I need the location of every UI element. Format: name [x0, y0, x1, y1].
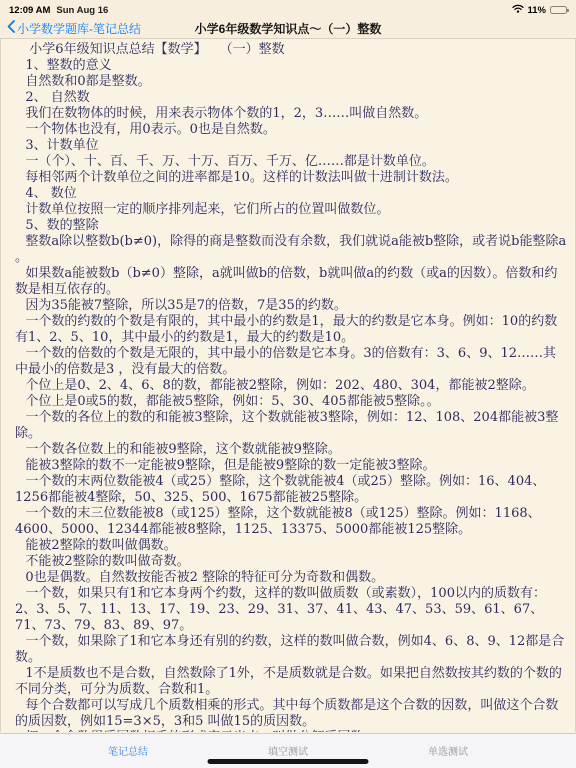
status-right: 11%: [512, 4, 568, 16]
content-paragraph: 能被2整除的数叫做偶数。: [15, 538, 567, 554]
status-time: 12:09 AM: [9, 5, 50, 16]
content-paragraph: 一个数的倍数的个数是无限的，其中最小的倍数是它本身。3的倍数有：3、6、9、12…: [15, 346, 567, 378]
status-date: Sun Aug 16: [56, 5, 108, 16]
tab-bar-tabs: 笔记总结填空测试单选测试: [0, 734, 576, 758]
back-button[interactable]: 小学数学题库-笔记总结: [7, 20, 141, 37]
content-paragraph: 1、整数的意义: [15, 58, 567, 74]
battery-icon: [550, 6, 567, 14]
back-button-label: 小学数学题库-笔记总结: [17, 20, 141, 37]
content-paragraph: 一个数的约数的个数是有限的，其中最小的约数是1，最大的约数是它本身。例如：10的…: [15, 314, 567, 346]
content-paragraph: 一个物体也没有，用0表示。0也是自然数。: [15, 122, 567, 138]
content-paragraph: 计数单位按照一定的顺序排列起来，它们所占的位置叫做数位。: [15, 202, 567, 218]
content-paragraph: 一（个）、十、百、千、万、十万、百万、千万、亿……都是计数单位。: [15, 154, 567, 170]
content-paragraph: 整数a除以整数b(b≠0)，除得的商是整数而没有余数，我们就说a能被b整除，或者…: [15, 234, 567, 266]
tab-item[interactable]: 填空测试: [208, 735, 368, 758]
status-left: 12:09 AM Sun Aug 16: [9, 5, 108, 16]
content-paragraph: 一个数的末三位数能被8（或125）整除，这个数就能被8（或125）整除。例如：1…: [15, 506, 567, 538]
home-indicator[interactable]: [208, 759, 369, 764]
content-paragraph: 一个数，如果只有1和它本身两个约数，这样的数叫做质数（或素数），100以内的质数…: [15, 586, 567, 634]
content-paragraph: 一个数，如果除了1和它本身还有别的约数，这样的数叫做合数，例如4、6、8、9、1…: [15, 634, 567, 666]
content-paragraph: 每个合数都可以写成几个质数相乘的形式。其中每个质数都是这个合数的因数，叫做这个合…: [15, 698, 567, 730]
content-paragraph: 一个数的末两位数能被4（或25）整除，这个数就能被4（或25）整除。例如：16、…: [15, 474, 567, 506]
content-paragraph: 不能被2整除的数叫做奇数。: [15, 554, 567, 570]
status-bar: 12:09 AM Sun Aug 16 11%: [0, 0, 576, 18]
content-paragraph: 因为35能被7整除，所以35是7的倍数，7是35的约数。: [15, 298, 567, 314]
content-title-line: 小学6年级知识点总结【数学】 （一）整数: [15, 42, 567, 58]
content-text[interactable]: 小学6年级知识点总结【数学】 （一）整数1、整数的意义自然数和0都是整数。2、 …: [0, 39, 576, 732]
content-paragraph: 能被3整除的数不一定能被9整除，但是能被9整除的数一定能被3整除。: [15, 458, 567, 474]
chevron-left-icon: [7, 20, 15, 36]
content-paragraph: 如果数a能被数b（b≠0）整除，a就叫做b的倍数，b就叫做a的约数（或a的因数）…: [15, 266, 567, 298]
battery-cap: [567, 9, 569, 12]
tab-bar: 笔记总结填空测试单选测试: [0, 733, 576, 768]
content-paragraph: 5、数的整除: [15, 218, 567, 234]
content-paragraph: 3、计数单位: [15, 138, 567, 154]
content-paragraph: 把一个合数用质因数相乘的形式表示出来，叫做分解质因数。: [15, 730, 567, 732]
content-paragraph: 一个数的各位上的数的和能被3整除，这个数就能被3整除，例如：12、108、204…: [15, 410, 567, 442]
tab-item[interactable]: 笔记总结: [48, 735, 208, 758]
content-paragraph: 4、 数位: [15, 186, 567, 202]
content-paragraph: 一个数各位数上的和能被9整除，这个数就能被9整除。: [15, 442, 567, 458]
navigation-bar: 小学数学题库-笔记总结 小学6年级数学知识点～（一）整数: [0, 18, 576, 39]
wifi-icon: [512, 4, 524, 16]
content-paragraph: 2、 自然数: [15, 90, 567, 106]
content-paragraph: 0也是偶数。自然数按能否被2 整除的特征可分为奇数和偶数。: [15, 570, 567, 586]
content-paragraph: 自然数和0都是整数。: [15, 74, 567, 90]
content-paragraph: 我们在数物体的时候，用来表示物体个数的1，2，3……叫做自然数。: [15, 106, 567, 122]
content-paragraph: 1不是质数也不是合数，自然数除了1外，不是质数就是合数。如果把自然数按其约数的个…: [15, 666, 567, 698]
tab-item[interactable]: 单选测试: [368, 735, 528, 758]
battery-percent-label: 11%: [528, 5, 547, 16]
content-paragraph: 个位上是0、2、4、6、8的数，都能被2整除，例如：202、480、304，都能…: [15, 378, 567, 394]
content-paragraph: 每相邻两个计数单位之间的进率都是10。这样的计数法叫做十进制计数法。: [15, 170, 567, 186]
content-paragraph: 个位上是0或5的数，都能被5整除，例如：5、30、405都能被5整除。。: [15, 394, 567, 410]
